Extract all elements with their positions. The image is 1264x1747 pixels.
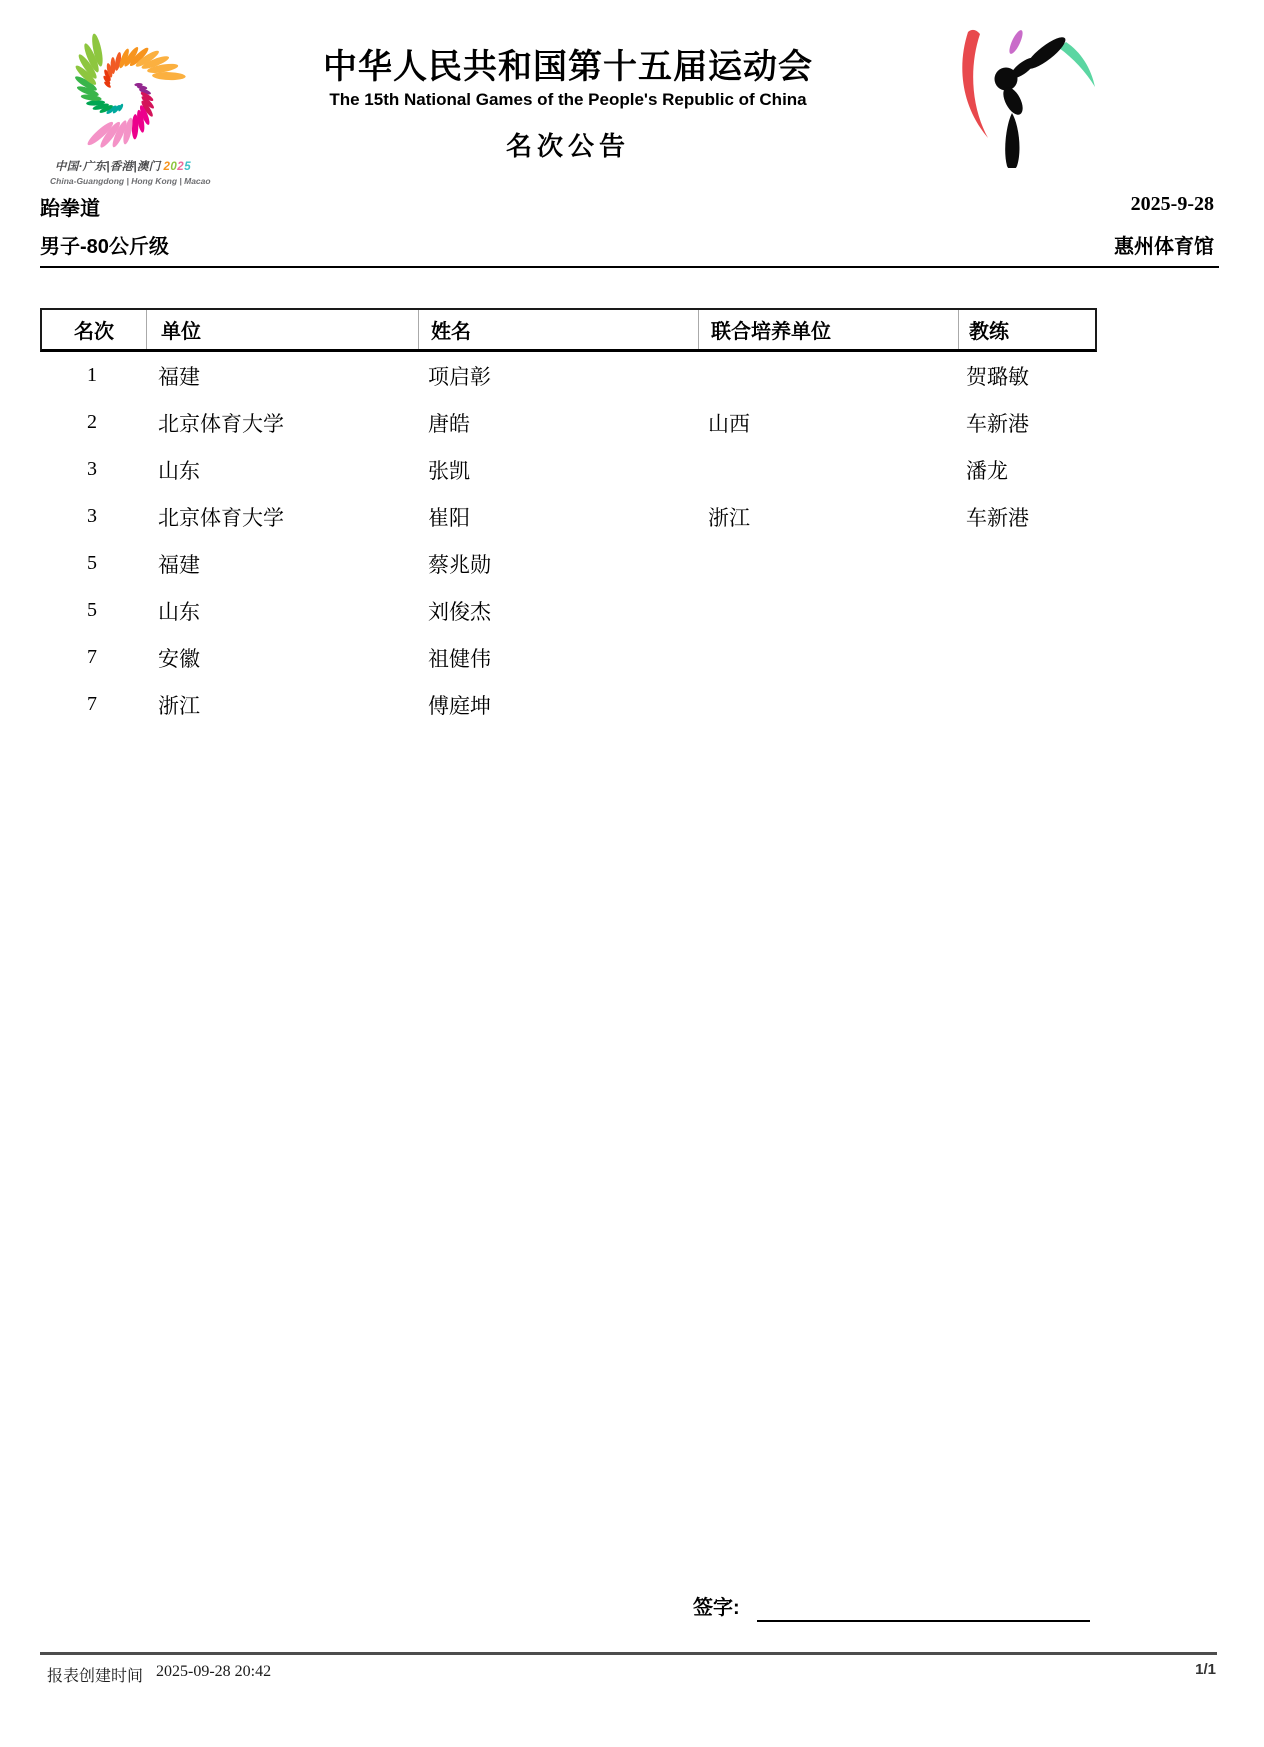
result-row: 7 浙江 傅庭坤: [40, 681, 1097, 728]
report-created-time: 2025-09-28 20:42: [156, 1663, 271, 1686]
result-row: 2 北京体育大学 唐皓 山西 车新港: [40, 399, 1097, 446]
joint-unit-cell: 山西: [696, 408, 956, 438]
magenta-streak: [1007, 29, 1025, 56]
rank-cell: 2: [40, 411, 144, 434]
results-table: 名次 单位 姓名 联合培养单位 教练 1 福建 项启彰 贺璐敏 2 北京体育大学…: [40, 308, 1097, 728]
venue-label: 惠州体育馆: [1114, 230, 1214, 259]
result-row: 5 山东 刘俊杰: [40, 587, 1097, 634]
name-cell: 张凯: [416, 455, 696, 485]
column-header-coach: 教练: [958, 310, 1095, 349]
rank-cell: 7: [40, 693, 144, 716]
coach-cell: 车新港: [956, 408, 1093, 438]
result-row: 3 山东 张凯 潘龙: [40, 446, 1097, 493]
unit-cell: 福建: [144, 549, 416, 579]
unit-cell: 浙江: [144, 690, 416, 720]
column-header-unit: 单位: [146, 310, 418, 349]
event-label: 男子-80公斤级: [40, 230, 169, 259]
rank-cell: 3: [40, 505, 144, 528]
signature-line: [757, 1620, 1090, 1622]
green-streak: [1059, 42, 1095, 87]
name-cell: 项启彰: [416, 361, 696, 391]
result-row: 7 安徽 祖健伟: [40, 634, 1097, 681]
unit-cell: 北京体育大学: [144, 502, 416, 532]
column-header-rank: 名次: [42, 315, 146, 344]
name-cell: 傅庭坤: [416, 690, 696, 720]
document-type-title: 名次公告: [232, 126, 904, 163]
name-cell: 崔阳: [416, 502, 696, 532]
page-title-en: The 15th National Games of the People's …: [232, 90, 904, 110]
emblem-year: 2025: [163, 161, 191, 173]
rank-cell: 5: [40, 599, 144, 622]
unit-cell: 福建: [144, 361, 416, 391]
name-cell: 蔡兆勋: [416, 549, 696, 579]
report-created-label: 报表创建时间: [47, 1663, 143, 1686]
emblem-caption-cn-text: 中国·广东|香港|澳门: [55, 161, 161, 173]
coach-cell: 贺璐敏: [956, 361, 1093, 391]
figure-standing-leg: [1005, 113, 1019, 168]
page-title: 中华人民共和国第十五届运动会: [232, 48, 904, 87]
table-header-row: 名次 单位 姓名 联合培养单位 教练: [40, 308, 1097, 352]
footer-divider: [40, 1652, 1217, 1655]
column-header-name: 姓名: [418, 310, 698, 349]
coach-cell: 车新港: [956, 502, 1093, 532]
joint-unit-cell: 浙江: [696, 502, 956, 532]
emblem-caption-en: China-Guangdong | Hong Kong | Macao: [50, 176, 196, 186]
name-cell: 刘俊杰: [416, 596, 696, 626]
fireworks-emblem-icon: [53, 28, 193, 156]
rank-cell: 3: [40, 458, 144, 481]
taekwondo-pictogram-icon: [952, 26, 1124, 168]
header-divider: [40, 266, 1219, 268]
signature-label: 签字:: [693, 1591, 740, 1620]
results-announcement-page: 中国·广东|香港|澳门2025 China-Guangdong | Hong K…: [0, 0, 1264, 1747]
unit-cell: 北京体育大学: [144, 408, 416, 438]
rank-cell: 1: [40, 364, 144, 387]
report-created-timestamp: 报表创建时间 2025-09-28 20:42: [47, 1663, 271, 1686]
emblem-caption-cn: 中国·广东|香港|澳门2025: [50, 158, 196, 174]
title-block: 中华人民共和国第十五届运动会 The 15th National Games o…: [232, 48, 904, 163]
page-indicator: 1/1: [1195, 1661, 1216, 1678]
name-cell: 唐皓: [416, 408, 696, 438]
unit-cell: 安徽: [144, 643, 416, 673]
red-swoosh: [962, 30, 988, 138]
event-date: 2025-9-28: [1131, 193, 1214, 216]
name-cell: 祖健伟: [416, 643, 696, 673]
games-emblem: 中国·广东|香港|澳门2025 China-Guangdong | Hong K…: [50, 28, 196, 186]
unit-cell: 山东: [144, 455, 416, 485]
coach-cell: 潘龙: [956, 455, 1093, 485]
rank-cell: 5: [40, 552, 144, 575]
unit-cell: 山东: [144, 596, 416, 626]
result-row: 3 北京体育大学 崔阳 浙江 车新港: [40, 493, 1097, 540]
column-header-joint-unit: 联合培养单位: [698, 310, 958, 349]
sport-label: 跆拳道: [40, 192, 100, 221]
result-row: 5 福建 蔡兆勋: [40, 540, 1097, 587]
rank-cell: 7: [40, 646, 144, 669]
result-row: 1 福建 项启彰 贺璐敏: [40, 352, 1097, 399]
